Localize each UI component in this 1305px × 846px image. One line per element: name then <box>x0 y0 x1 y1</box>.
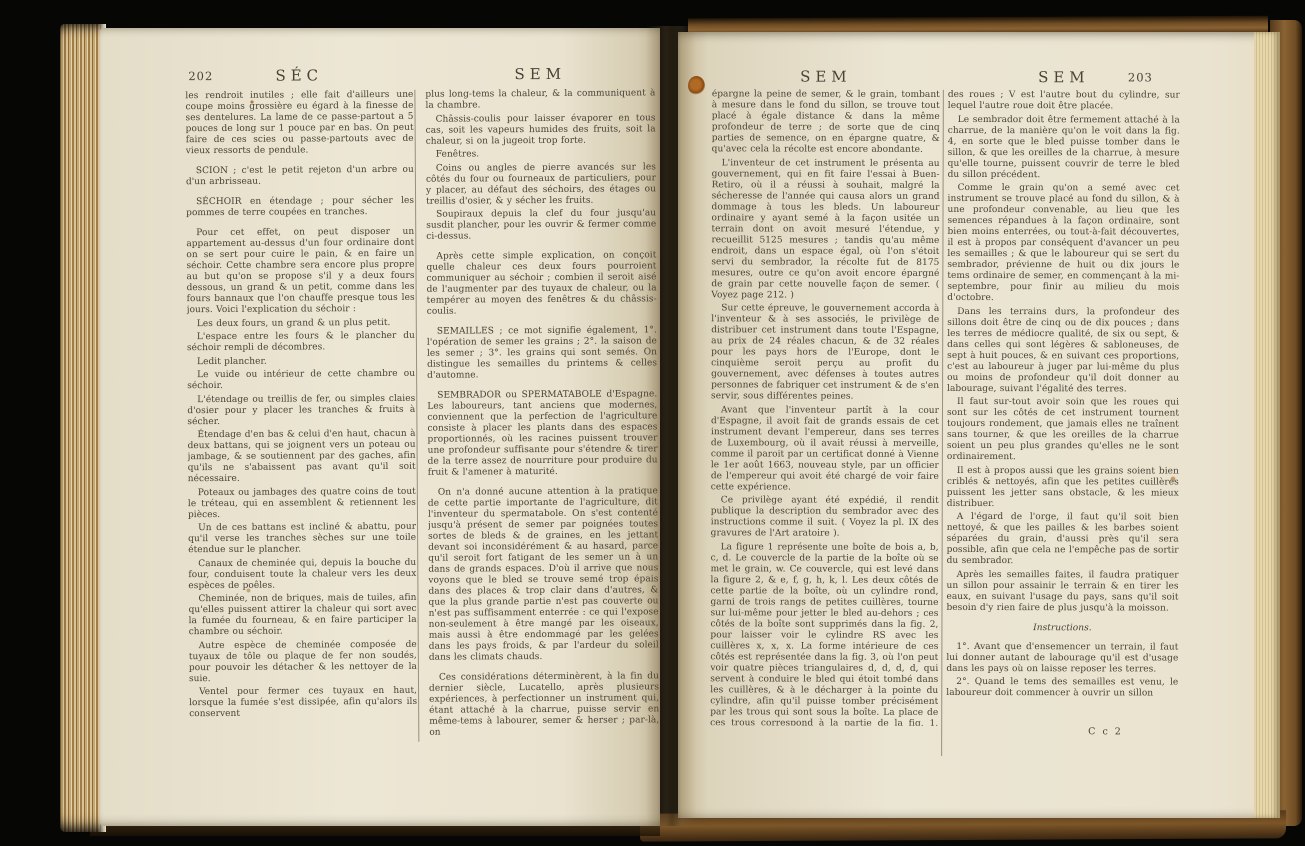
paragraph: Canaux de cheminée qui, depuis la bouche… <box>188 557 416 591</box>
paragraph: Dans les terrains durs, la profondeur de… <box>947 306 1179 395</box>
left-page-column-1: les rendroit inutiles ; elle fait d'aill… <box>185 90 417 743</box>
paragraph: Un de ces battans est incliné & abattu, … <box>188 522 416 556</box>
right-page-column-1: épargne la peine de semer, & le grain, t… <box>710 89 940 726</box>
paragraph: Instructions. <box>946 622 1178 634</box>
gathering-signature: C c 2 <box>1088 726 1123 737</box>
paragraph: Étendage d'en bas & celui d'en haut, cha… <box>187 429 415 485</box>
paragraph: Après cette simple explication, on conço… <box>426 250 656 317</box>
paragraph: 1°. Avant que d'ensemencer un terrain, i… <box>946 641 1178 675</box>
book-scan: 202 SÉC SEM les rendroit inutiles ; elle… <box>0 0 1305 846</box>
paragraph: Autre espèce de cheminée composée de tuy… <box>189 639 417 684</box>
paragraph: les rendroit inutiles ; elle fait d'aill… <box>185 90 413 157</box>
column-divider-rule <box>941 90 944 756</box>
paragraph: L'étendage ou treillis de fer, ou simple… <box>187 393 415 427</box>
paragraph: Le sembrador doit être fermement attaché… <box>948 114 1180 181</box>
right-page-number: 203 <box>1128 70 1153 84</box>
paragraph: Les deux fours, un grand & un plus petit… <box>187 317 415 329</box>
paragraph: Cheminée, non de briques, mais de tuiles… <box>188 593 416 638</box>
paragraph: Châssis-coulis pour laisser évaporer en … <box>426 113 656 147</box>
paragraph: Il faut sur-tout avoir soin que les roue… <box>947 397 1179 464</box>
paragraph: Avant que l'inventeur partît à la cour d… <box>711 405 939 494</box>
paragraph: SEMAILLES ; ce mot signifie également, 1… <box>427 325 657 381</box>
right-page-column-2: des roues ; V est l'autre bout du cylind… <box>946 90 1180 745</box>
paragraph: Ce privilège ayant été expédié, il rendi… <box>711 495 939 540</box>
paragraph: Pour cet effet, on peut disposer un appa… <box>186 227 415 316</box>
right-page: SEM SEM 203 épargne la peine de semer, &… <box>678 32 1280 818</box>
paragraph: Sur cette épreuve, le gouvernement accor… <box>711 303 939 403</box>
paragraph: Comme le grain qu'on a semé avec cet ins… <box>947 183 1179 305</box>
paragraph: Ventel pour fermer ces tuyaux en haut, l… <box>189 686 417 720</box>
paragraph: des roues ; V est l'autre bout du cylind… <box>948 90 1180 113</box>
paragraph: On n'a donné aucune attention à la prati… <box>428 486 659 663</box>
paragraph: L'espace entre les fours & le plancher d… <box>187 331 415 354</box>
paragraph: Poteaux ou jambages des quatre coins de … <box>188 486 416 520</box>
paragraph: plus long-tems la chaleur, & la communiq… <box>425 88 655 111</box>
paper-stain <box>688 76 705 95</box>
left-running-title-col2: SEM <box>425 64 655 83</box>
paragraph: épargne la peine de semer, & le grain, t… <box>712 89 940 156</box>
paragraph: Il est à propos aussi que les grains soi… <box>947 465 1179 510</box>
paragraph: SCION ; c'est le petit rejeton d'un arbr… <box>186 165 414 188</box>
paragraph: SÉCHOIR en étendage ; pour sécher les po… <box>186 196 414 219</box>
right-page-fore-edge <box>1254 32 1280 818</box>
paragraph: Après les semailles faites, il faudra pr… <box>946 569 1178 614</box>
paragraph: 2°. Quand le tems des semailles est venu… <box>946 677 1178 700</box>
paragraph: La figure 1 représente une boîte de bois… <box>710 542 938 726</box>
paragraph: L'inventeur de cet instrument le présent… <box>711 158 939 302</box>
paragraph: Le vuide ou intérieur de cette chambre o… <box>187 369 415 392</box>
paragraph: A l'égard de l'orge, il faut qu'il soit … <box>947 512 1179 568</box>
left-page-column-2: plus long-tems la chaleur, & la communiq… <box>425 88 659 745</box>
paragraph: Soupiraux depuis la clef du four jusqu'a… <box>426 208 656 242</box>
paragraph: Coins ou angles de pierre avancés sur le… <box>426 162 656 207</box>
right-running-title-col1: SEM <box>712 67 940 86</box>
paragraph: Ces considérations déterminèrent, à la f… <box>429 671 659 738</box>
left-page: 202 SÉC SEM les rendroit inutiles ; elle… <box>100 28 660 826</box>
paragraph: Fenêtres. <box>426 148 656 160</box>
left-running-title-col1: SÉC <box>185 66 413 85</box>
paragraph: SEMBRADOR ou SPERMATABOLE d'Espagne. Les… <box>427 389 658 478</box>
paragraph: Ledit plancher. <box>187 355 415 367</box>
